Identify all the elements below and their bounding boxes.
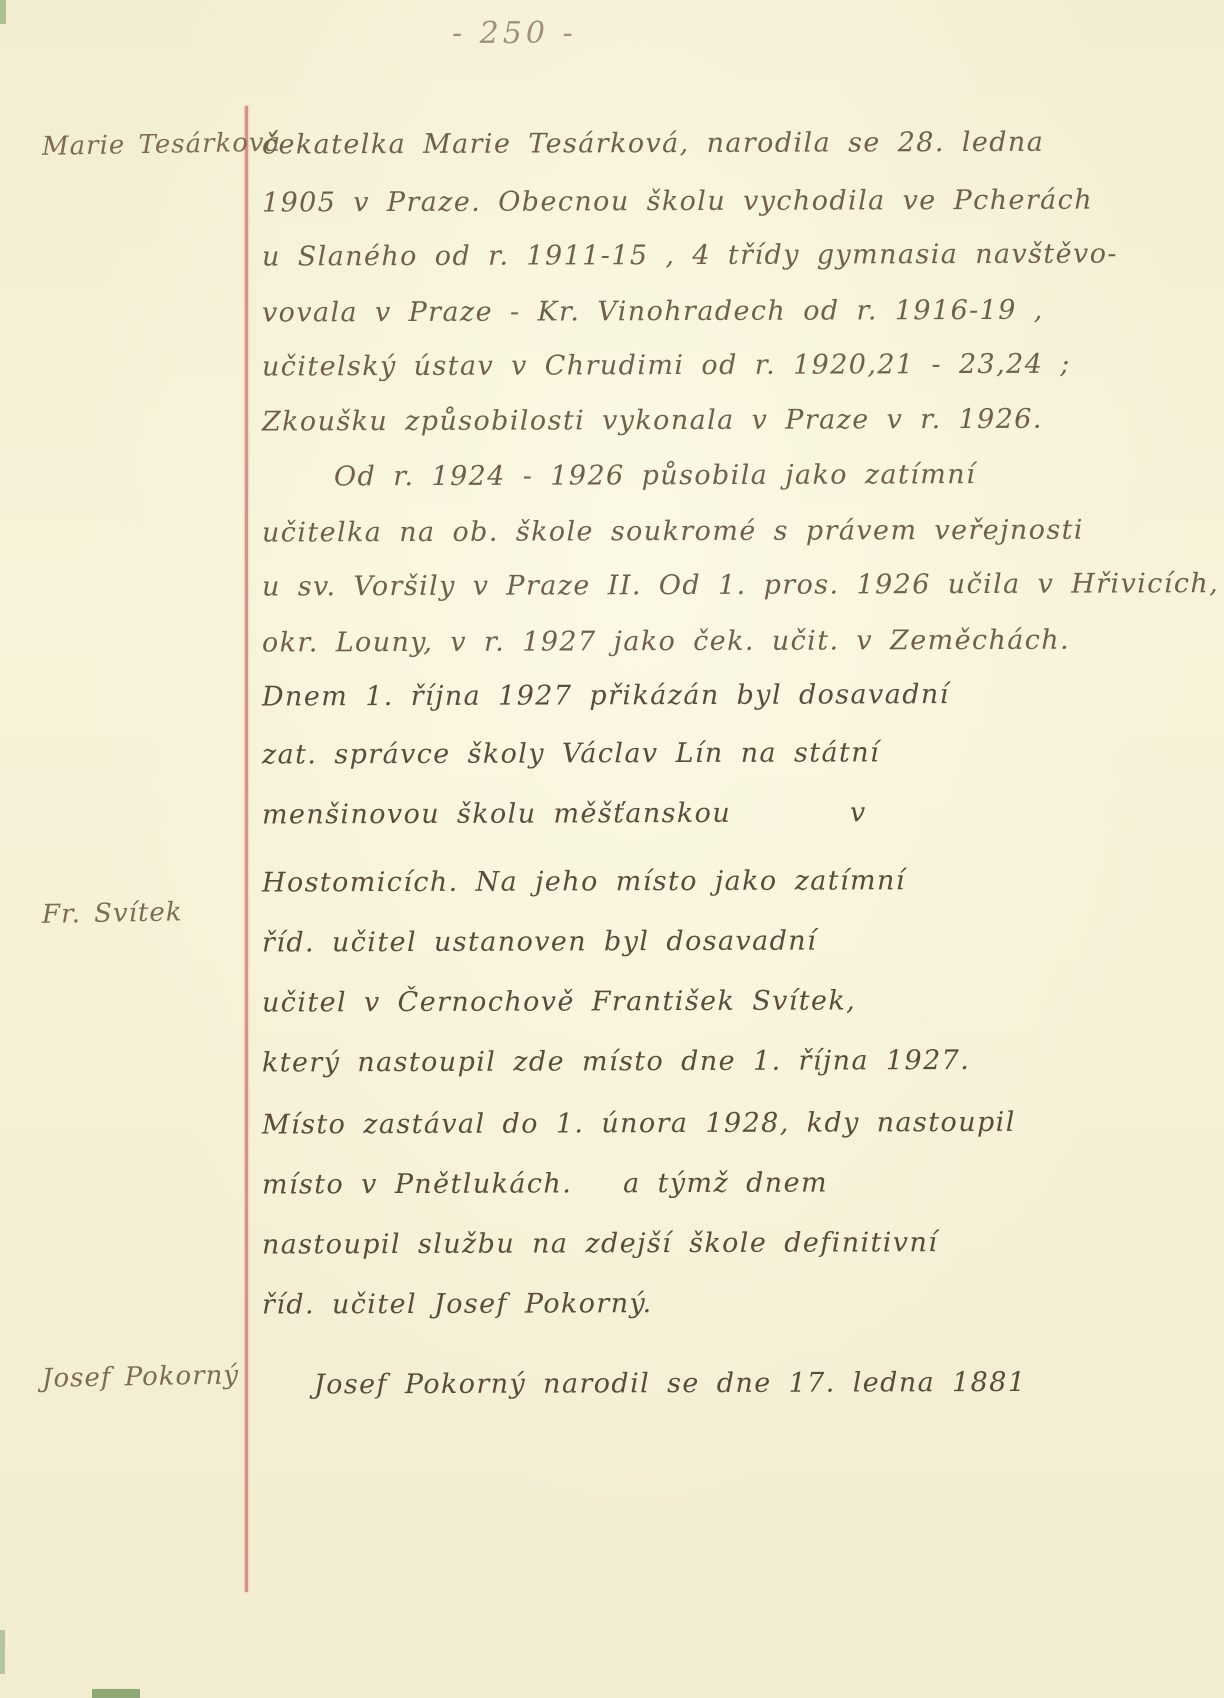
scan-artifact bbox=[92, 1689, 140, 1698]
handwritten-line: který nastoupil zde místo dne 1. října 1… bbox=[262, 1045, 1112, 1094]
handwritten-line: vovala v Praze - Kr. Vinohradech od r. 1… bbox=[262, 295, 1112, 344]
chronicle-page: - 250 - Marie Tesárková Fr. Svítek Josef… bbox=[0, 0, 1224, 1698]
handwritten-line: Josef Pokorný narodil se dne 17. ledna 1… bbox=[262, 1366, 1164, 1415]
handwritten-line: okr. Louny, v r. 1927 jako ček. učit. v … bbox=[262, 625, 1112, 674]
handwritten-line: Hostomicích. Na jeho místo jako zatímní bbox=[262, 865, 1112, 914]
handwritten-line: Zkoušku způsobilosti vykonala v Praze v … bbox=[262, 404, 1112, 453]
handwritten-line: čekatelka Marie Tesárková, narodila se 2… bbox=[262, 127, 1112, 176]
scan-artifact bbox=[0, 1630, 5, 1674]
margin-note-josef-pokorny: Josef Pokorný bbox=[42, 1360, 252, 1394]
handwritten-line: Od r. 1924 - 1926 působila jako zatímní bbox=[262, 458, 1184, 507]
handwritten-line: 1905 v Praze. Obecnou školu vychodila ve… bbox=[262, 185, 1112, 234]
handwritten-line: učitel v Černochově František Svítek, bbox=[262, 985, 1112, 1034]
handwritten-line: učitelský ústav v Chrudimi od r. 1920,21… bbox=[262, 349, 1112, 398]
handwritten-line: říd. učitel ustanoven byl dosavadní bbox=[262, 925, 1112, 974]
handwritten-line: nastoupil službu na zdejší škole definit… bbox=[262, 1227, 1112, 1276]
handwritten-line: u Slaného od r. 1911-15 , 4 třídy gymnas… bbox=[262, 239, 1112, 288]
handwritten-line: učitelka na ob. škole soukromé s právem … bbox=[262, 515, 1112, 564]
handwritten-line: Místo zastával do 1. února 1928, kdy nas… bbox=[262, 1107, 1112, 1156]
margin-note-marie-tesarkova: Marie Tesárková bbox=[42, 128, 252, 162]
handwritten-line: u sv. Voršily v Praze II. Od 1. pros. 19… bbox=[262, 569, 1112, 618]
margin-note-fr-svitek: Fr. Svítek bbox=[42, 896, 252, 930]
handwritten-line: Dnem 1. října 1927 přikázán byl dosavadn… bbox=[262, 679, 1112, 728]
handwritten-line: zat. správce školy Václav Lín na státní bbox=[262, 737, 1112, 786]
page-number: - 250 - bbox=[452, 16, 577, 51]
handwritten-line: říd. učitel Josef Pokorný. bbox=[262, 1287, 1112, 1336]
scan-artifact bbox=[0, 0, 6, 24]
handwritten-line: menšinovou školu měšťanskou v bbox=[262, 797, 1112, 846]
handwritten-line: místo v Pnětlukách. a týmž dnem bbox=[262, 1167, 1112, 1216]
